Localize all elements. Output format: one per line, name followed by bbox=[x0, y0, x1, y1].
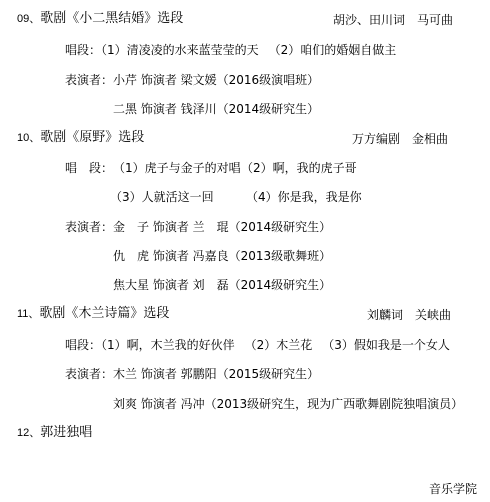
section-10-excerpts-row-2: （3）人就活这一回（4）你是我，我是你 bbox=[110, 189, 362, 205]
excerpt: （3）假如我是一个女人 bbox=[322, 338, 450, 352]
excerpt: （1）虎子与金子的对唱 bbox=[113, 160, 241, 176]
footer-organization: 音乐学院 bbox=[429, 481, 477, 497]
section-10-performer-1: 表演者：金 子 饰演者 兰 琨（2014级研究生） bbox=[65, 219, 331, 235]
excerpt: （4）你是我，我是你 bbox=[246, 190, 362, 204]
section-title: 歌剧《小二黑结婚》选段 bbox=[40, 11, 183, 26]
excerpt: （2）咱们的婚姻自做主 bbox=[269, 43, 397, 57]
section-10-credits: 万方编剧 金相曲 bbox=[352, 131, 448, 147]
performers-label: 表演者： bbox=[65, 220, 113, 234]
section-09-performer-1: 表演者：小芹 饰演者 梁文媛（2016级演唱班） bbox=[65, 72, 319, 88]
excerpt: （3）人就活这一回 bbox=[110, 189, 246, 205]
section-number: 10、 bbox=[17, 132, 40, 144]
performers-label: 表演者： bbox=[65, 367, 113, 381]
section-number: 11、 bbox=[17, 308, 39, 320]
section-title: 歌剧《原野》选段 bbox=[40, 130, 144, 145]
excerpt: （1）啊，木兰我的好伙伴 bbox=[101, 338, 235, 352]
performer: 木兰 饰演者 郭鹏阳（2015级研究生） bbox=[113, 367, 319, 381]
excerpt: （1）清凌凌的水来蓝莹莹的天 bbox=[101, 43, 259, 57]
excerpt: （2）啊，我的虎子哥 bbox=[241, 161, 357, 175]
section-title: 郭进独唱 bbox=[40, 425, 92, 440]
section-11-performer-1: 表演者：木兰 饰演者 郭鹏阳（2015级研究生） bbox=[65, 366, 319, 382]
section-10-heading: 10、歌剧《原野》选段 bbox=[17, 130, 144, 146]
section-10-performer-3: 焦大星 饰演者 刘 磊（2014级研究生） bbox=[113, 277, 331, 293]
section-09-heading: 09、歌剧《小二黑结婚》选段 bbox=[17, 11, 183, 27]
section-11-credits: 刘麟词 关峡曲 bbox=[367, 307, 451, 323]
performer: 小芹 饰演者 梁文媛（2016级演唱班） bbox=[113, 73, 319, 87]
excerpts-label: 唱 段： bbox=[65, 161, 113, 175]
performer: 金 子 饰演者 兰 琨（2014级研究生） bbox=[113, 220, 331, 234]
section-09-performer-2: 二黑 饰演者 钱泽川（2014级研究生） bbox=[113, 101, 319, 117]
section-09-excerpts: 唱段：（1）清凌凌的水来蓝莹莹的天（2）咱们的婚姻自做主 bbox=[65, 42, 396, 58]
section-number: 12、 bbox=[17, 427, 40, 439]
excerpts-label: 唱段： bbox=[65, 43, 101, 57]
section-11-excerpts: 唱段：（1）啊，木兰我的好伙伴（2）木兰花（3）假如我是一个女人 bbox=[65, 337, 450, 353]
section-10-excerpts-row-1: 唱 段：（1）虎子与金子的对唱（2）啊，我的虎子哥 bbox=[65, 160, 357, 176]
section-10-performer-2: 仇 虎 饰演者 冯嘉良（2013级歌舞班） bbox=[113, 248, 331, 264]
section-title: 歌剧《木兰诗篇》选段 bbox=[39, 306, 169, 321]
excerpt: （2）木兰花 bbox=[245, 338, 313, 352]
excerpts-label: 唱段： bbox=[65, 338, 101, 352]
section-12-heading: 12、郭进独唱 bbox=[17, 425, 92, 441]
performers-label: 表演者： bbox=[65, 73, 113, 87]
section-11-heading: 11、歌剧《木兰诗篇》选段 bbox=[17, 306, 169, 322]
section-number: 09、 bbox=[17, 13, 40, 25]
section-09-credits: 胡沙、田川词 马可曲 bbox=[333, 12, 453, 28]
section-11-performer-2: 刘爽 饰演者 冯冲（2013级研究生，现为广西歌舞剧院独唱演员） bbox=[113, 396, 463, 412]
